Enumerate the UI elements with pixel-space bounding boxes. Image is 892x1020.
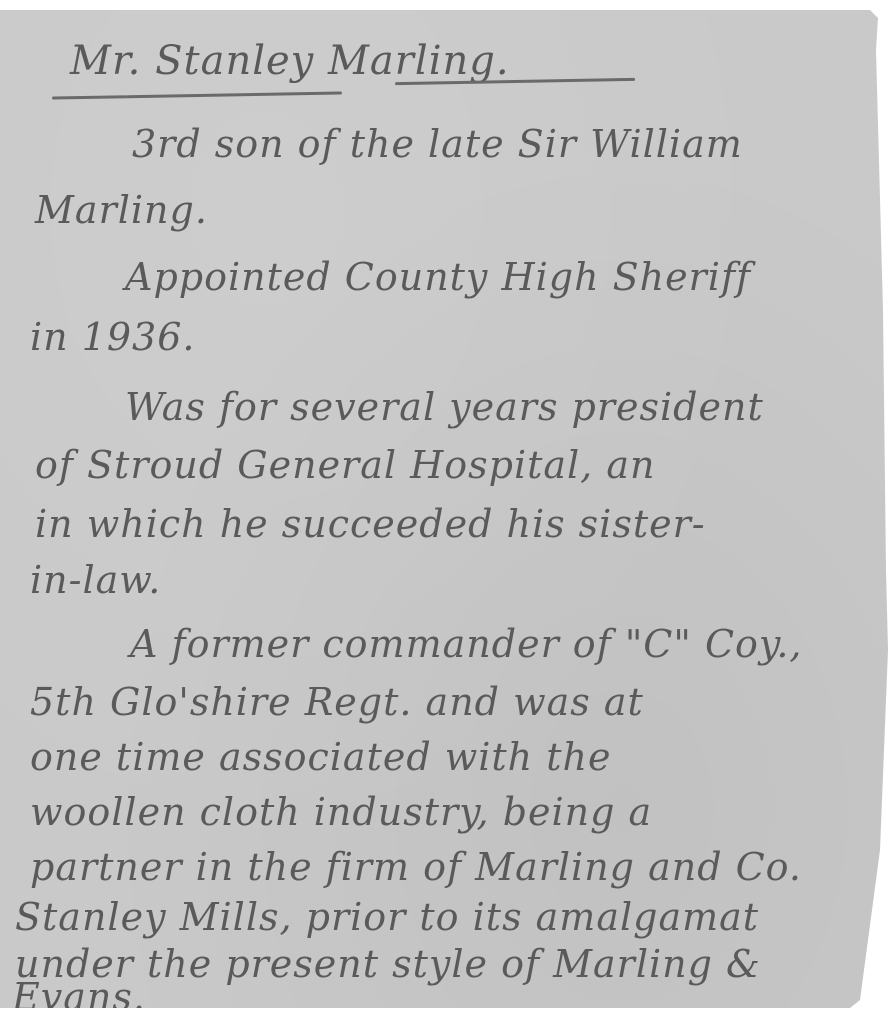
title-underline (52, 91, 342, 99)
text-line: partner in the firm of Marling and Co. (30, 845, 802, 889)
text-line: Was for several years president (125, 385, 764, 429)
text-line: in-law. (30, 558, 161, 602)
text-line: A former commander of "C" Coy., (130, 622, 802, 666)
text-line: Appointed County High Sheriff (125, 255, 751, 299)
text-line: in which he succeeded his sister- (35, 502, 706, 546)
text-line: of Stroud General Hospital, an (35, 443, 655, 487)
text-line: Marling. (35, 188, 208, 232)
text-line: Evans. (12, 975, 146, 1019)
text-line: 3rd son of the late Sir William (132, 122, 743, 166)
text-line: 5th Glo'shire Regt. and was at (30, 680, 644, 724)
text-line: woollen cloth industry, being a (30, 790, 652, 834)
text-line: in 1936. (30, 315, 196, 359)
text-line: Stanley Mills, prior to its amalgamat (15, 895, 759, 939)
text-line: one time associated with the (30, 735, 611, 779)
document-title: Mr. Stanley Marling. (70, 38, 510, 84)
handwritten-note-page: Mr. Stanley Marling. 3rd son of the late… (0, 10, 888, 1008)
